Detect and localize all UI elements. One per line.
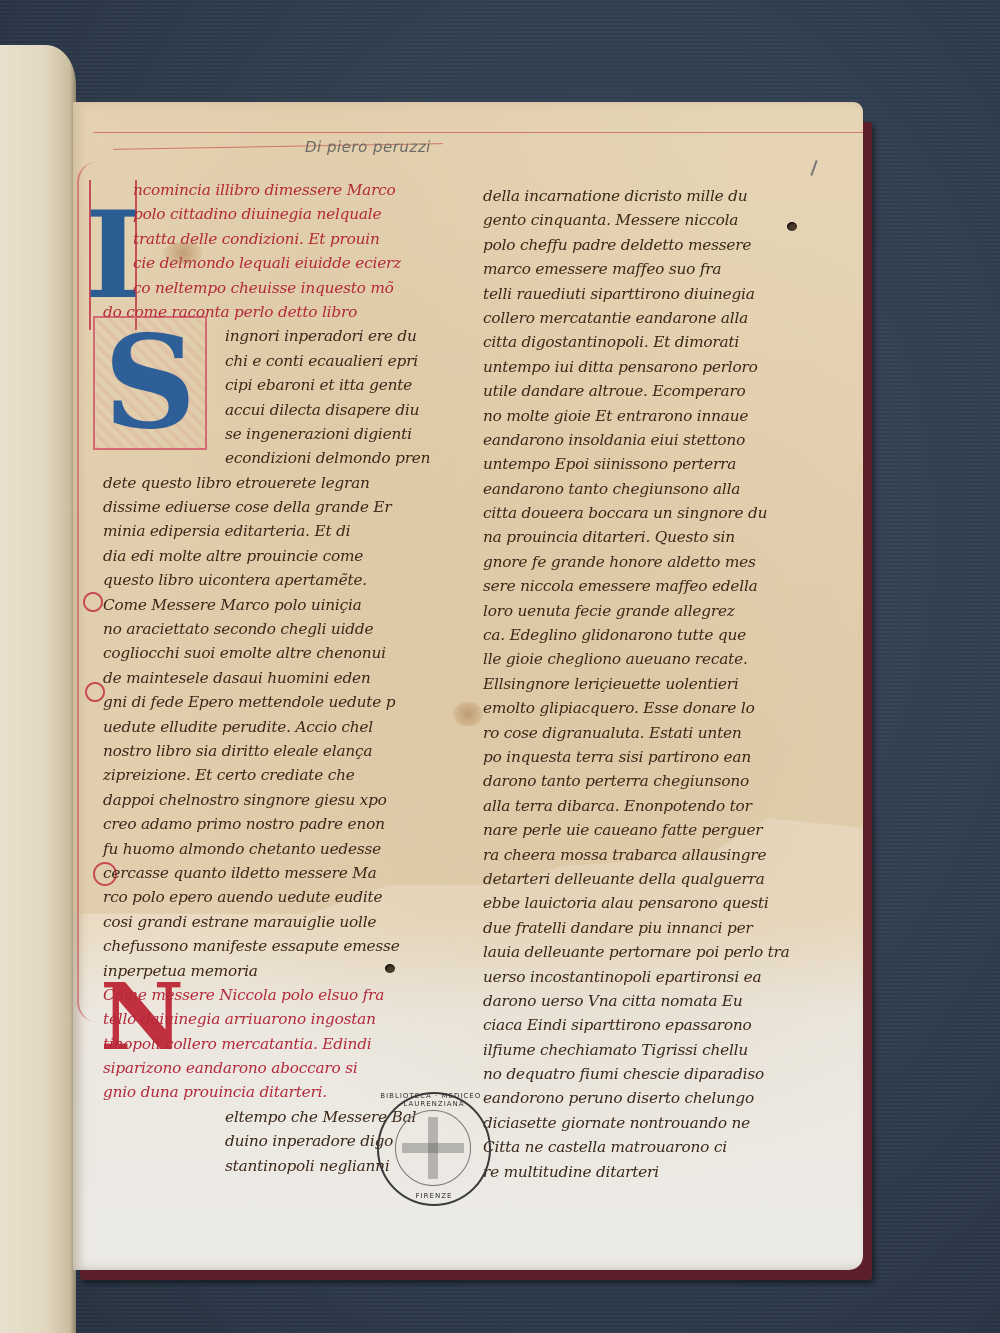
- right-column: della incarnatione dicristo mille du gen…: [483, 184, 783, 1184]
- text-line: chi e conti ecaualieri epri: [103, 349, 463, 373]
- text-line: eandorono peruno diserto chelungo: [483, 1086, 783, 1110]
- text-line: gento cinquanta. Messere niccola: [483, 208, 783, 232]
- text-line: utile dandare altroue. Ecomperaro: [483, 379, 783, 403]
- text-line: nare perle uie caueano fatte perguer: [483, 818, 783, 842]
- stamp-top-text: BIBLIOTECA · MEDICEO · LAURENZIANA: [379, 1092, 489, 1108]
- text-line: gnore fe grande honore aldetto mes: [483, 550, 783, 574]
- stain: [163, 242, 203, 264]
- text-line: lauia delleuante pertornare poi perlo tr…: [483, 940, 783, 964]
- text-line: telli rauediuti siparttirono diuinegia: [483, 282, 783, 306]
- text-line: dete questo libro etrouerete legran: [103, 471, 463, 495]
- owner-annotation: Di piero peruzzi: [305, 138, 431, 156]
- text-line: ebbe lauictoria alau pensarono questi: [483, 891, 783, 915]
- ruling-line: [93, 132, 863, 133]
- rubric-line: do come raconta perlo detto libro: [103, 300, 463, 324]
- text-line: marco emessere maffeo suo fra: [483, 257, 783, 281]
- text-line: se ingenerazioni digienti: [103, 422, 463, 446]
- text-line: fu huomo almondo chetanto uedesse: [103, 837, 463, 861]
- library-stamp: BIBLIOTECA · MEDICEO · LAURENZIANA FIREN…: [377, 1092, 491, 1206]
- stain: [453, 702, 483, 726]
- text-line: po inquesta terra sisi partirono ean: [483, 745, 783, 769]
- text-line: cercasse quanto ildetto messere Ma: [103, 861, 463, 885]
- text-line: lle gioie chegliono aueuano recate.: [483, 647, 783, 671]
- text-line: ro cose digranualuta. Estati unten: [483, 721, 783, 745]
- text-line: dappoi chelnostro singnore giesu xpo: [103, 788, 463, 812]
- text-line: econdizioni delmondo pren: [103, 446, 463, 470]
- text-line: ciaca Eindi siparttirono epassarono: [483, 1013, 783, 1037]
- text-line: eandarono insoldania eiui stettono: [483, 428, 783, 452]
- text-line: Citta ne castella matrouarono ci: [483, 1135, 783, 1159]
- rubric-line: ncomincia illibro dimessere Marco: [103, 178, 463, 202]
- text-line: no molte gioie Et entrarono innaue: [483, 404, 783, 428]
- text-line: dia edi molte altre prouincie come: [103, 544, 463, 568]
- red-heading-line: siparizono eandarono aboccaro si: [103, 1056, 463, 1080]
- text-line: cosi grandi estrane marauiglie uolle: [103, 910, 463, 934]
- text-line: ra cheera mossa trabarca allausingre: [483, 843, 783, 867]
- stamp-bottom-text: FIRENZE: [379, 1192, 489, 1200]
- text-line: alla terra dibarca. Enonpotendo tor: [483, 794, 783, 818]
- text-line: na prouincia ditarteri. Questo sin: [483, 525, 783, 549]
- text-line: polo cheffu padre deldetto messere: [483, 233, 783, 257]
- left-column: ncomincia illibro dimessere Marco polo c…: [103, 178, 463, 1178]
- text-line: citta digostantinopoli. Et dimorati: [483, 330, 783, 354]
- flourish-knot-icon: [85, 682, 105, 702]
- stamp-inner-ring: [395, 1110, 471, 1186]
- text-line: chefussono manifeste essapute emesse: [103, 934, 463, 958]
- wormhole: [385, 964, 395, 973]
- text-line: Ellsingnore leriçieuette uolentieri: [483, 672, 783, 696]
- text-line: de maintesele dasaui huomini eden: [103, 666, 463, 690]
- text-line: accui dilecta disapere diu: [103, 398, 463, 422]
- text-line: creo adamo primo nostro padre enon: [103, 812, 463, 836]
- text-line: zipreizione. Et certo crediate che: [103, 763, 463, 787]
- text-line: untempo iui ditta pensarono perloro: [483, 355, 783, 379]
- text-line: detarteri delleuante della qualguerra: [483, 867, 783, 891]
- text-line: citta doueera boccara un singnore du: [483, 501, 783, 525]
- text-line: ilfiume chechiamato Tigrissi chellu: [483, 1038, 783, 1062]
- red-heading-line: Come messere Niccola polo elsuo fra: [103, 983, 463, 1007]
- text-line: no dequatro fiumi chescie diparadiso: [483, 1062, 783, 1086]
- rubric-line: cie delmondo lequali eiuidde ecierz: [103, 251, 463, 275]
- text-line: re multitudine ditarteri: [483, 1160, 783, 1184]
- text-line: uedute elludite perudite. Accio chel: [103, 715, 463, 739]
- cross-emblem-icon: [428, 1117, 438, 1179]
- text-line: cogliocchi suoi emolte altre chenonui: [103, 641, 463, 665]
- wormhole: [787, 222, 797, 231]
- text-line: no araciettato secondo chegli uidde: [103, 617, 463, 641]
- text-line: eandarono tanto chegiunsono alla: [483, 477, 783, 501]
- text-line: dissime ediuerse cose della grande Er: [103, 495, 463, 519]
- text-line: diciasette giornate nontrouando ne: [483, 1111, 783, 1135]
- text-line: gni di fede Epero mettendole uedute p: [103, 690, 463, 714]
- text-line: emolto glipiacquero. Esse donare lo: [483, 696, 783, 720]
- text-line: questo libro uicontera apertamẽte.: [103, 568, 463, 592]
- manuscript-folio: Di piero peruzzi I S N ncomincia illibro…: [73, 102, 863, 1270]
- text-line: inperpetua memoria: [103, 959, 463, 983]
- text-line: della incarnatione dicristo mille du: [483, 184, 783, 208]
- text-line: untempo Epoi siinissono perterra: [483, 452, 783, 476]
- text-line: ingnori inperadori ere du: [103, 324, 463, 348]
- rubric-line: tratta delle condizioni. Et prouin: [103, 227, 463, 251]
- flyleaf: [0, 45, 76, 1333]
- text-line: sere niccola emessere maffeo edella: [483, 574, 783, 598]
- text-line: nostro libro sia diritto eleale elança: [103, 739, 463, 763]
- text-line: darono uerso Vna citta nomata Eu: [483, 989, 783, 1013]
- text-line: due fratelli dandare piu innanci per: [483, 916, 783, 940]
- text-line: uerso incostantinopoli epartironsi ea: [483, 965, 783, 989]
- rubric-line: co neltempo cheuisse inquesto mõ: [103, 276, 463, 300]
- rubric-line: polo cittadino diuinegia nelquale: [103, 202, 463, 226]
- text-line: loro uenuta fecie grande allegrez: [483, 599, 783, 623]
- text-line: darono tanto perterra chegiunsono: [483, 769, 783, 793]
- flourish-knot-icon: [83, 592, 103, 612]
- red-heading-line: tello daiuinegia arriuarono ingostan: [103, 1007, 463, 1031]
- text-line: collero mercatantie eandarone alla: [483, 306, 783, 330]
- text-line: minia edipersia editarteria. Et di: [103, 519, 463, 543]
- text-line: rco polo epero auendo uedute eudite: [103, 885, 463, 909]
- text-line: ca. Edeglino glidonarono tutte que: [483, 623, 783, 647]
- text-line: cipi ebaroni et itta gente: [103, 373, 463, 397]
- red-heading-line: tinopoli collero mercatantia. Edindi: [103, 1032, 463, 1056]
- text-line: Come Messere Marco polo uiniçia: [103, 593, 463, 617]
